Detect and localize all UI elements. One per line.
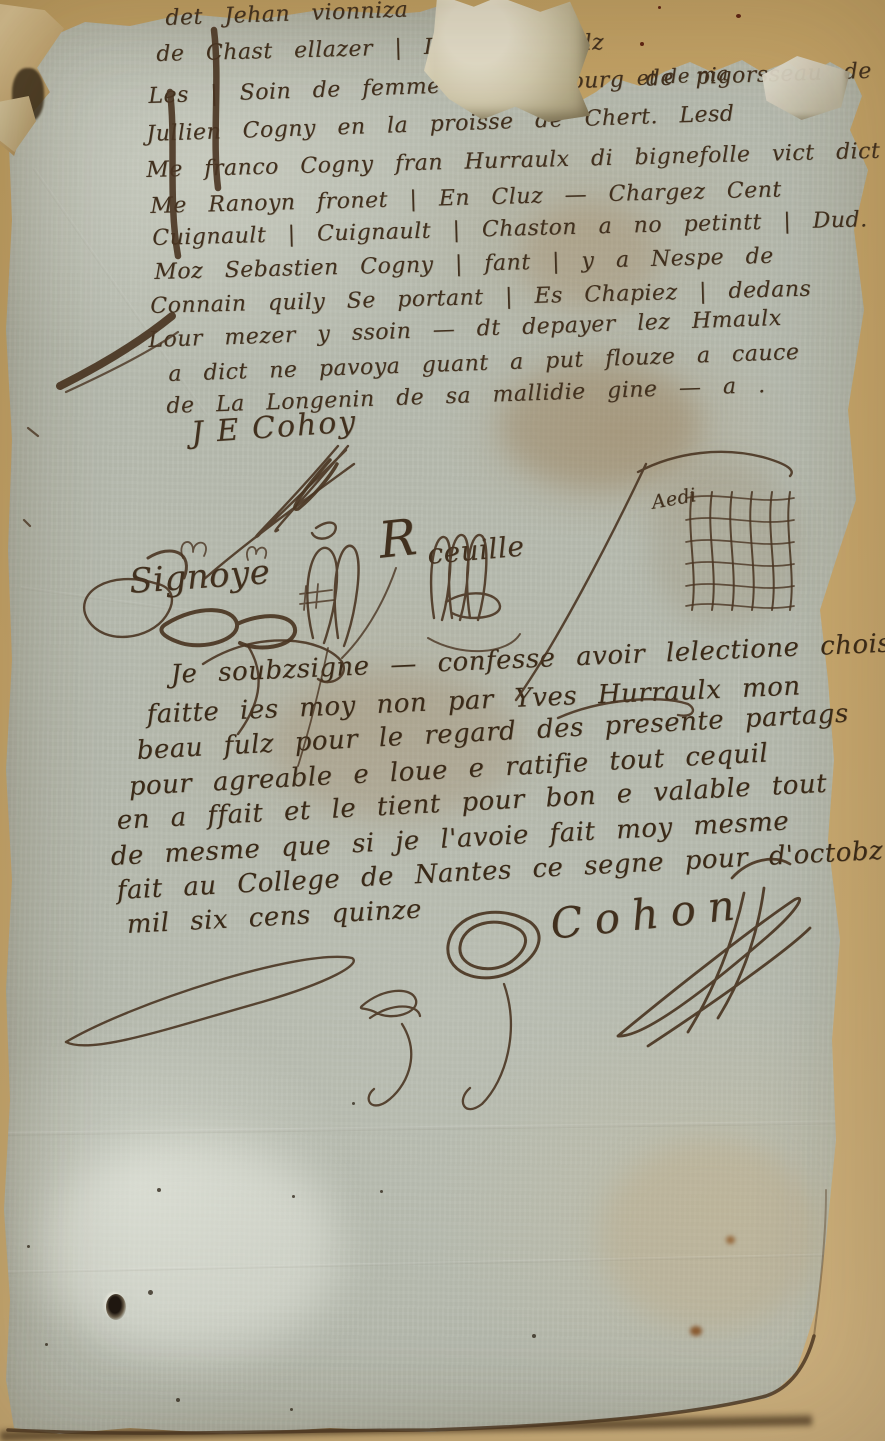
ink-speck [27, 1245, 30, 1248]
rust-spot [690, 1326, 702, 1336]
ink-speck [290, 1408, 293, 1411]
stain [40, 1140, 340, 1360]
ink-speck [157, 1188, 161, 1192]
ink-speck [380, 1190, 383, 1193]
receuille-initial: R [376, 508, 420, 570]
backing-speck [736, 14, 741, 18]
stain [650, 460, 800, 630]
ink-speck [148, 1290, 153, 1295]
manuscript-photo: det Jehan vionniza de Chast ellazer | Le… [0, 0, 885, 1441]
stain [600, 1140, 820, 1330]
ink-speck [176, 1398, 180, 1402]
ink-speck [532, 1334, 536, 1338]
ink-speck [352, 1102, 355, 1105]
backing-speck [658, 6, 661, 9]
paper-hole [106, 1294, 126, 1320]
rust-spot [726, 1236, 735, 1244]
crease [0, 1120, 860, 1136]
ink-speck [45, 1343, 48, 1346]
backing-speck [640, 42, 644, 46]
ink-speck [292, 1195, 295, 1198]
